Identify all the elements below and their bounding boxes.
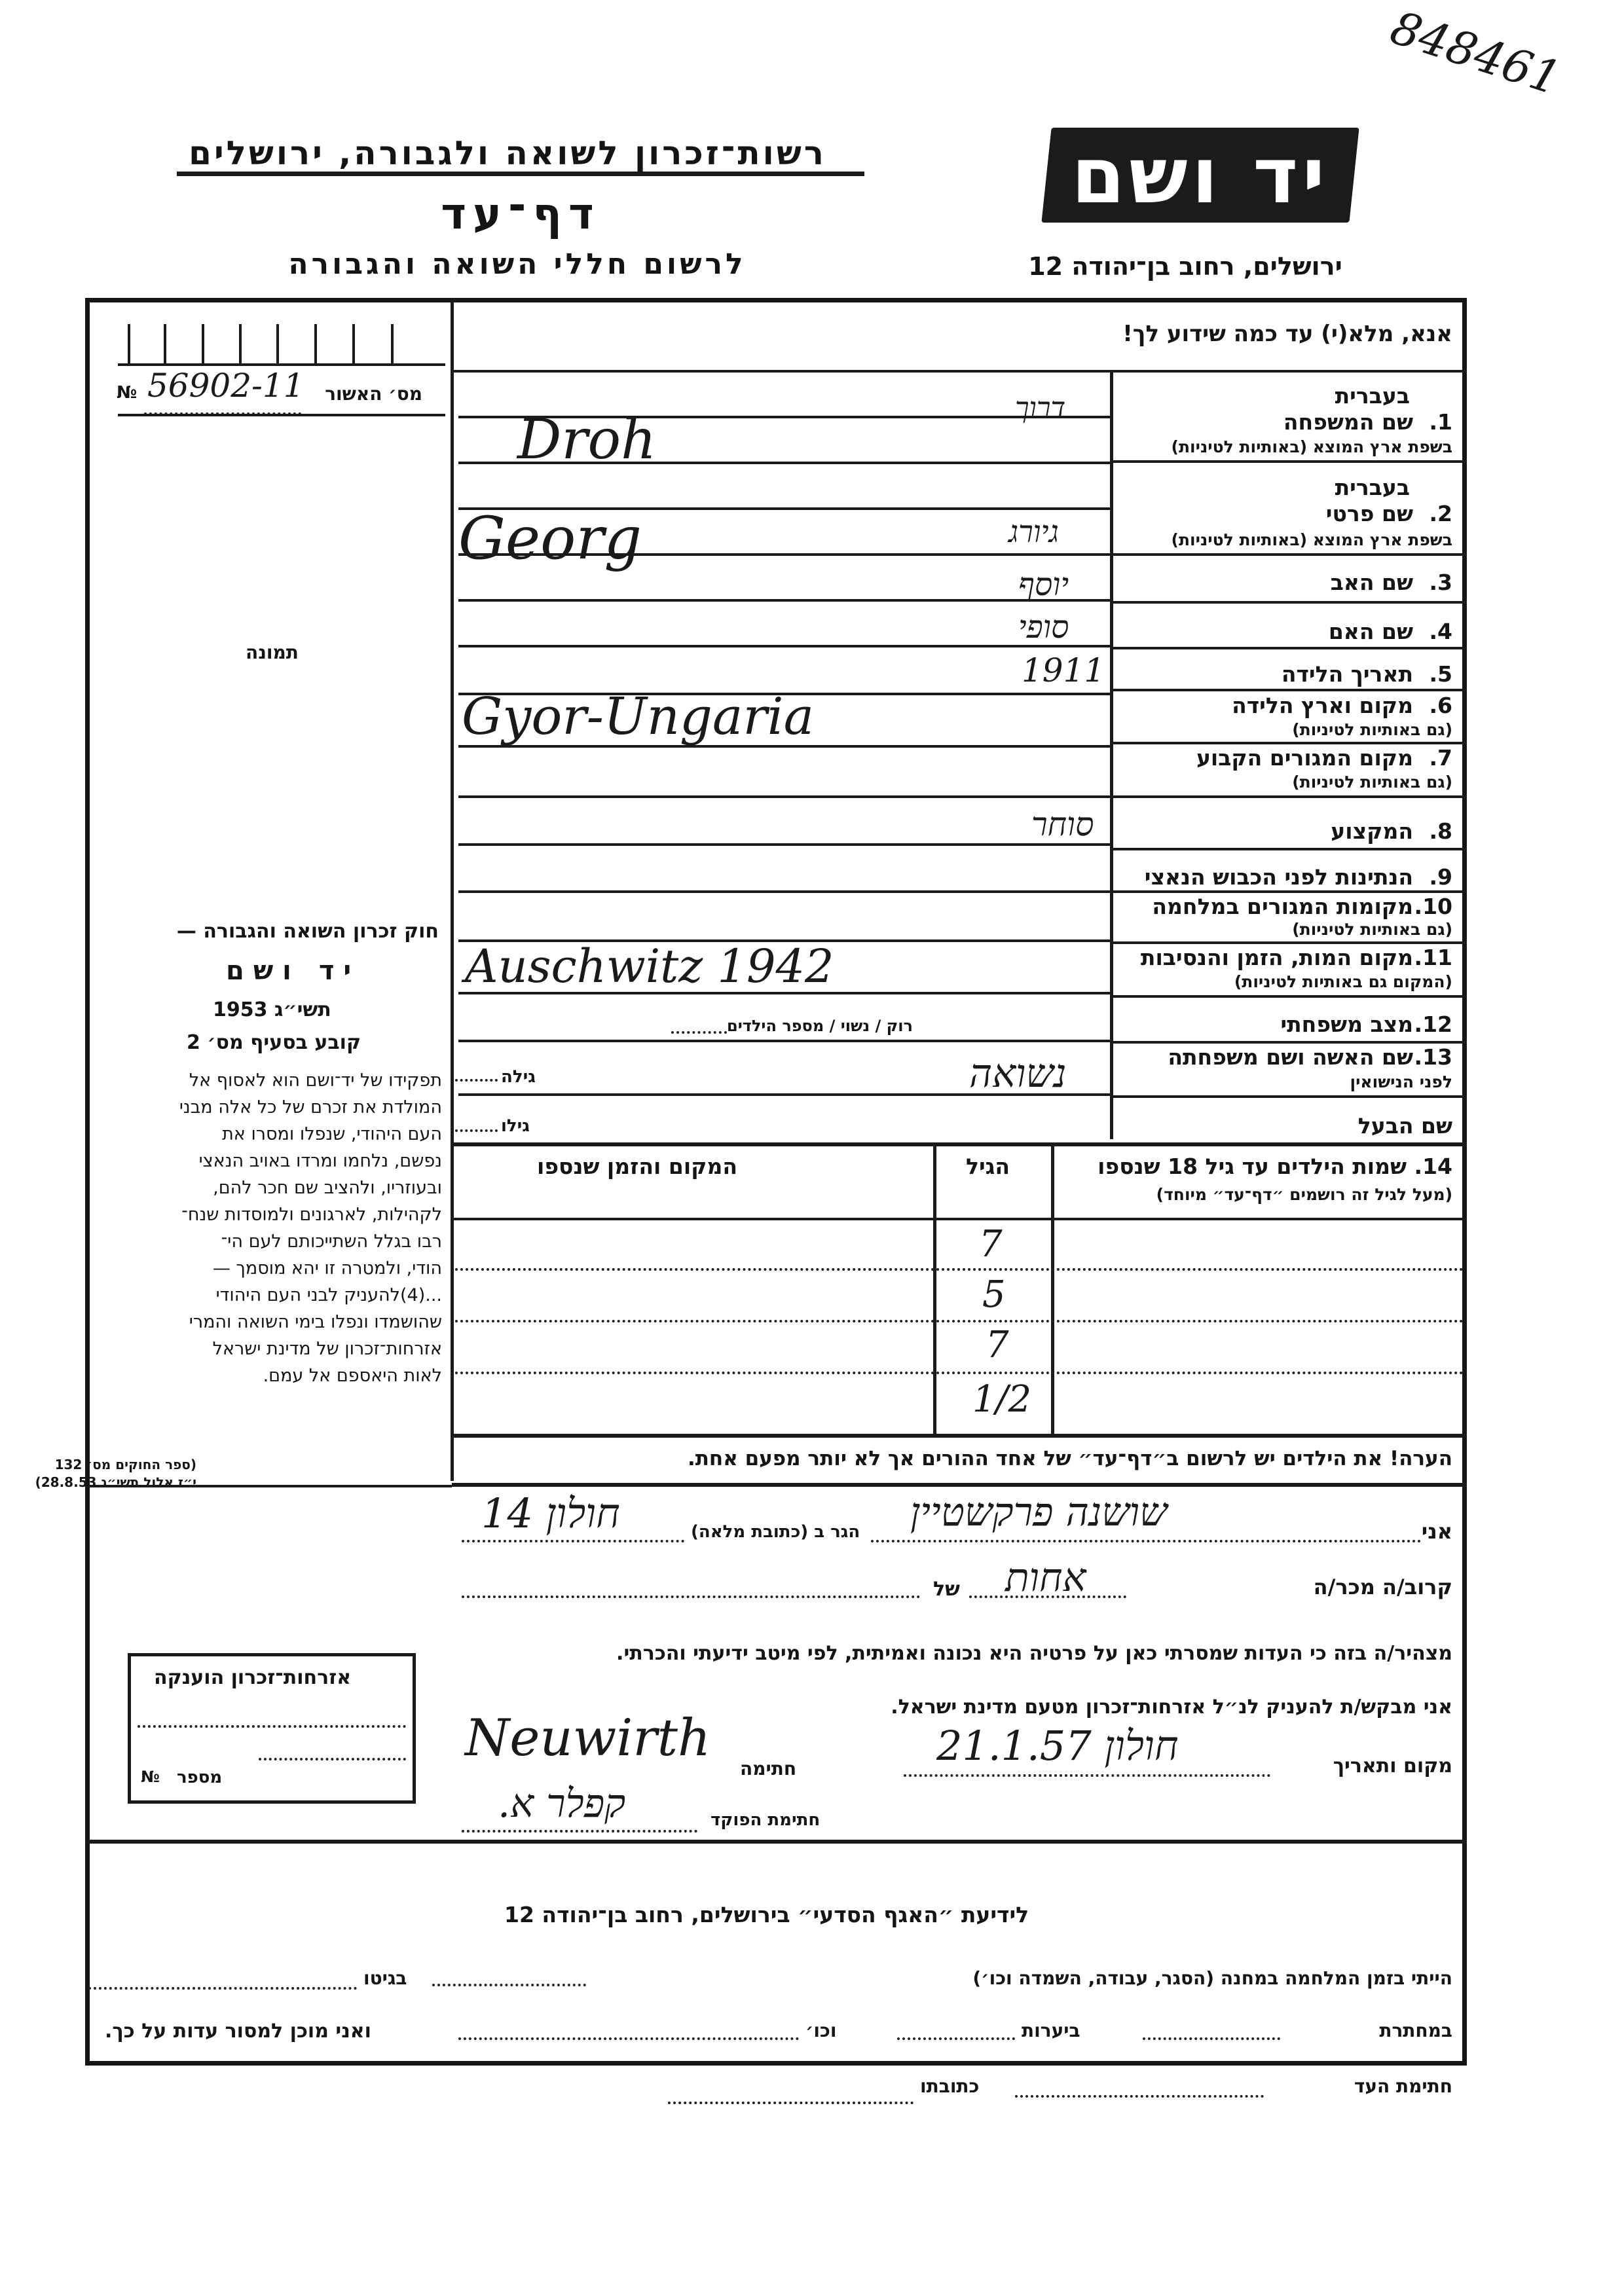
witness-address-line[interactable] [668, 2102, 913, 2104]
officer-signature-line[interactable] [462, 1830, 697, 1832]
law-year: תשי״ג 1953 [213, 998, 331, 1021]
handwritten-page-number: 848461 [1384, 1, 1567, 106]
field-5-number: 5. [1429, 661, 1452, 687]
children-count-line[interactable] [671, 1031, 727, 1034]
field-6-value[interactable]: Gyor-Ungaria [462, 687, 814, 746]
field-1-value-latin[interactable]: Droh [517, 407, 656, 471]
bottom-line1-camp: הייתי בזמן המלחמה במחנה (הסגר, עבודה, הש… [972, 1967, 1452, 1989]
husband-age-label: גילו [501, 1116, 530, 1136]
field-12-number: 12. [1414, 1011, 1452, 1037]
child-2-age[interactable]: 5 [982, 1273, 1006, 1316]
officer-signature-value[interactable]: קפלר א. [498, 1781, 625, 1827]
field-1-number: 1. [1429, 409, 1452, 435]
field-4-label: שם האם [1329, 619, 1413, 644]
children-table-divider [933, 1142, 936, 1437]
divider [1113, 553, 1467, 556]
wife-age-line[interactable] [455, 1079, 498, 1082]
field-2-label: שם פרטי [1326, 501, 1413, 526]
field-2-value-hebrew[interactable]: גיורג [1008, 514, 1059, 549]
law-text-line: רבו בגלל השתייכותם לעם הי־ [101, 1228, 442, 1255]
bottom-line2-underground: במחתרת [1379, 2020, 1452, 2041]
field-4-line [458, 645, 1110, 647]
children-row-line [455, 1372, 1464, 1374]
bottom-line2-testimony: ואני מוכן למסור עדות על כך. [105, 2020, 371, 2043]
field-10-sub: (גם באותיות לטיניות) [1292, 920, 1452, 939]
field-3-number: 3. [1429, 570, 1452, 595]
field-6-label: מקום וארץ הלידה [1232, 693, 1413, 718]
divider [452, 370, 1467, 373]
field-13-label: שם האשה ושם משפחתה [1168, 1044, 1413, 1070]
field-5-label: תאריך הלידה [1282, 661, 1413, 687]
children-row-line [455, 1268, 1464, 1271]
field-7-line [458, 795, 1110, 798]
of-label: של [933, 1578, 960, 1601]
law-text: תפקידו של יד־ושם הוא לאסוף אל המולדת את … [101, 1067, 442, 1389]
field-4-value[interactable]: סופי [1018, 609, 1069, 646]
officer-signature-label: חתימת הפוקד [710, 1810, 820, 1830]
divider [1113, 1095, 1467, 1098]
bottom-line2-forests: ביערות [1022, 2020, 1080, 2041]
declaration-request: אני מבקש/ת להעניק לנ״ל אזרחות־זכרון מטעם… [891, 1696, 1452, 1719]
form-title: דף־עד [170, 189, 871, 239]
field-11-label: מקום המות, הזמן והנסיבות [1141, 945, 1413, 970]
field-8-label: המקצוע [1331, 818, 1413, 844]
instruction-text: אנא, מלא(י) עד כמה שידוע לך! [1122, 321, 1452, 347]
law-text-line: העם היהודי, שנפלו ומסרו את [101, 1121, 442, 1148]
field-4-number: 4. [1429, 619, 1452, 644]
declarant-name[interactable]: שושנה פרקשטיין [910, 1489, 1168, 1535]
field-12-label: מצב משפחתי [1280, 1011, 1413, 1037]
header-rule [177, 172, 864, 176]
field-13-sub: לפני הנישואין [1350, 1072, 1452, 1091]
children-col-place-time: המקום והזמן שנספו [537, 1154, 737, 1179]
children-col-age: הגיל [966, 1154, 1010, 1179]
field-3-label: שם האב [1331, 570, 1413, 595]
field-7-number: 7. [1429, 745, 1452, 771]
yad-vashem-logo: יד ושם [1041, 128, 1359, 223]
divider [118, 414, 445, 416]
wife-age-label: גילה [501, 1067, 536, 1087]
divider [118, 363, 445, 366]
witness-signature-line[interactable] [1015, 2095, 1264, 2098]
address-line[interactable] [462, 1540, 684, 1542]
citizenship-box-title: אזרחות־זכרון הוענקה [154, 1666, 351, 1689]
declarant-address[interactable]: חולון 14 [481, 1489, 620, 1538]
child-3-age[interactable]: 7 [986, 1324, 1009, 1366]
place-date-value[interactable]: חולון 21.1.57 [936, 1722, 1179, 1770]
resides-label: הגר ב (כתובת מלאה) [691, 1522, 860, 1542]
law-text-line: אזרחות־זכרון של מדינת ישראל [101, 1336, 442, 1362]
field-6-number: 6. [1429, 693, 1452, 718]
witness-address-label: כתובתו [920, 2075, 979, 2097]
field-12-hint: רוק / נשוי / מספר הילדים [727, 1017, 913, 1035]
field-2-number: 2. [1429, 501, 1452, 526]
children-row-line [455, 1320, 1464, 1322]
field-9-line [458, 890, 1110, 893]
field-1-hebrew-tag: בעברית [1335, 383, 1410, 409]
field-8-number: 8. [1429, 818, 1452, 844]
divider [1113, 460, 1467, 463]
field-13-number: 13. [1414, 1044, 1452, 1070]
photo-label: תמונה [246, 642, 299, 663]
field-1-label: שם המשפחה [1283, 409, 1413, 435]
citizenship-box-number-label: מספר [177, 1768, 222, 1787]
field-1-value-hebrew[interactable]: דרוך [1015, 392, 1065, 425]
bottom-line2-etc: וכו׳ [805, 2020, 837, 2041]
citizenship-box-line[interactable] [138, 1725, 406, 1728]
divider [1113, 795, 1467, 798]
divider [452, 1434, 1467, 1438]
field-5-value[interactable]: 1911 [1022, 651, 1105, 689]
place-date-line[interactable] [904, 1774, 1270, 1777]
law-text-line: ובעוזריו, ולהציב שם חכר להם, [101, 1175, 442, 1201]
field-9-label: הנתינות לפני הכבוש הנאצי [1145, 864, 1413, 890]
declarant-name-line[interactable] [871, 1540, 1421, 1542]
divider [1113, 601, 1467, 604]
field-2-value-latin[interactable]: Georg [458, 504, 642, 573]
husband-name-label: שם הבעל [1358, 1113, 1452, 1139]
approval-number-value: 56902-11 [147, 367, 304, 405]
camp-line[interactable] [432, 1984, 586, 1986]
signature-value[interactable]: Neuwirth [465, 1709, 710, 1768]
etc-line[interactable] [458, 2037, 799, 2040]
label-column-divider [1110, 370, 1113, 1139]
divider [1113, 890, 1467, 893]
relation-value[interactable]: אחות [1005, 1555, 1086, 1601]
law-clause: קובע בסעיף מס׳ 2 [187, 1031, 361, 1054]
divider [452, 1142, 1467, 1146]
child-4-age[interactable]: 1/2 [972, 1378, 1031, 1421]
child-1-age[interactable]: 7 [979, 1223, 1003, 1266]
bottom-title: לידיעת ״האגף הסדעי״ בירושלים, רחוב בן־יה… [504, 1902, 1029, 1927]
husband-age-line[interactable] [455, 1129, 498, 1132]
citizenship-box-number-prefix: № [141, 1768, 160, 1786]
field-2-sub: בשפת ארץ המוצא (באותיות לטיניות) [1172, 530, 1452, 549]
divider [452, 1218, 1467, 1220]
organization-name: רשות־זכרון לשואה ולגבורה, ירושלים [141, 134, 874, 172]
divider [1113, 995, 1467, 998]
underground-line[interactable] [1143, 2037, 1280, 2040]
of-whom-line[interactable] [462, 1595, 920, 1598]
witness-signature-label: חתימת העד [1354, 2075, 1452, 2097]
law-text-line: תפקידו של יד־ושם הוא לאסוף אל [101, 1067, 442, 1094]
citizenship-box-line[interactable] [259, 1758, 406, 1760]
declaration-statement: מצהיר/ה בזה כי העדות שמסרתי כאן על פרטיה… [616, 1642, 1452, 1665]
approval-number-prefix: № [117, 383, 137, 403]
field-10-label: מקומות המגורים במלחמה [1152, 894, 1413, 919]
field-11-value[interactable]: Auschwitz 1942 [465, 939, 834, 993]
field-6-sub: (גם באותיות לטיניות) [1292, 720, 1452, 739]
field-7-label: מקום המגורים הקבוע [1196, 745, 1413, 771]
law-text-line: ...(4)להעניק לבני העם היהודי [101, 1282, 442, 1309]
field-12-line [458, 1040, 1110, 1042]
children-note: הערה! את הילדים יש לרשום ב״דף־עד״ של אחד… [688, 1447, 1452, 1470]
field-3-value[interactable]: יוסף [1018, 566, 1069, 603]
children-title: 14. שמות הילדים עד גיל 18 שנספו [1098, 1154, 1452, 1179]
bottom-line1-ghetto: בגיטו [363, 1967, 407, 1989]
field-8-value[interactable]: סוחר [1031, 805, 1094, 843]
left-column-divider [451, 302, 454, 1481]
divider [1113, 689, 1467, 691]
field-7-sub: (גם באותיות לטיניות) [1292, 773, 1452, 792]
relation-label: קרוב/ה מכר/ה [1314, 1575, 1452, 1599]
law-text-line: נפשם, נלחמו ומרדו באויב הנאצי [101, 1148, 442, 1175]
logo-text: יד ושם [1071, 137, 1329, 214]
declaration-i-label: אני [1422, 1519, 1452, 1544]
field-13-value[interactable]: נשואה [969, 1051, 1067, 1097]
law-text-line: הודי, ולמטרה זו יהא מוסמך — [101, 1255, 442, 1282]
divider [1113, 742, 1467, 744]
form-subtitle: לרשום חללי השואה והגבורה [223, 247, 812, 281]
divider [85, 1840, 1467, 1844]
field-1-sub: בשפת ארץ המוצא (באותיות לטיניות) [1172, 437, 1452, 456]
law-text-line: לאות היאספם אל עמם. [101, 1362, 442, 1389]
field-8-line [458, 843, 1110, 846]
divider [1113, 848, 1467, 850]
law-title: חוק זכרון השואה והגבורה — [177, 920, 439, 943]
field-11-sub: (המקום גם באותיות לטיניות) [1234, 972, 1452, 991]
divider [1113, 647, 1467, 649]
header-address: ירושלים, רחוב בן־יהודה 12 [1008, 252, 1362, 281]
forests-line[interactable] [897, 2037, 1015, 2040]
divider [1113, 941, 1467, 944]
divider [1113, 1041, 1467, 1044]
ghetto-line[interactable] [88, 1987, 357, 1990]
law-text-line: לקהילות, לארגונים ולמוסדות שנח־ [101, 1201, 442, 1228]
children-subtitle: (מעל לגיל זה רושמים ״דף־עד״ מיוחד) [1156, 1185, 1452, 1204]
field-10-number: 10. [1414, 894, 1452, 919]
children-table-divider [1051, 1142, 1054, 1437]
approval-number-label: מס׳ האשור [325, 383, 422, 405]
divider [452, 1483, 1467, 1487]
law-logo: יד ושם [226, 956, 360, 986]
law-reference-2: י״ז אלול תשי״ג 28.8.53) [35, 1474, 196, 1490]
divider [85, 1485, 452, 1487]
law-text-line: שהושמדו ונפלו בימי השואה והמרי [101, 1309, 442, 1336]
field-2-hebrew-tag: בעברית [1335, 475, 1410, 500]
field-3-line [458, 599, 1110, 602]
field-9-number: 9. [1429, 864, 1452, 890]
place-date-label: מקום ותאריך [1333, 1755, 1452, 1777]
field-11-number: 11. [1414, 945, 1452, 970]
law-text-line: המולדת את זכרם של כל אלה מבני [101, 1094, 442, 1121]
law-reference-1: (ספר החוקים מס׳ 132 [55, 1457, 196, 1472]
signature-label: חתימה [740, 1758, 796, 1779]
